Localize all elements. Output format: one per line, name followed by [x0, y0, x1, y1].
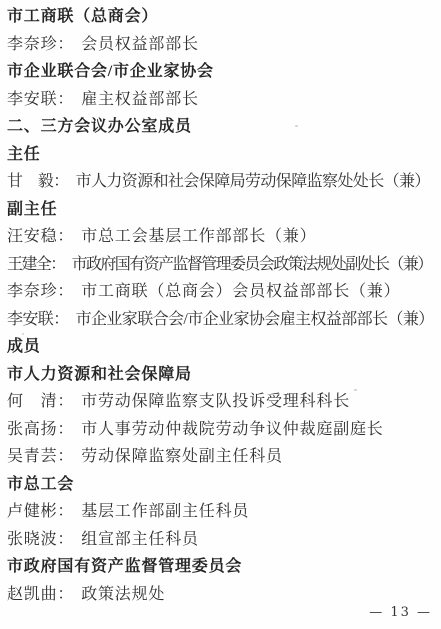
org-header-line: 市政府国有资产监督管理委员会 — [7, 553, 441, 581]
person-title: 市人力资源和社会保障局劳动保障监察处处长（兼） — [76, 173, 430, 190]
person-title: 市人事劳动仲裁院劳动争议仲裁庭副庭长 — [81, 421, 383, 438]
person-title: 会员权益部部长 — [81, 36, 199, 53]
person-name: 汪安稳： — [7, 228, 74, 245]
section-heading-line: 二、三方会议办公室成员 — [7, 113, 441, 141]
role-heading-line: 成员 — [7, 333, 441, 361]
person-title: 市企业家联合会/市企业家协会雇主权益部部长（兼） — [76, 311, 434, 328]
person-entry-line: 赵凯曲：政策法规处 — [7, 581, 441, 609]
person-name: 吴青芸： — [7, 448, 74, 465]
person-title: 市政府国有资产监督管理委员会政策法规处副处长（兼） — [72, 256, 432, 273]
org-header-text: 市总工会 — [7, 476, 74, 493]
person-name: 张晓波： — [7, 531, 74, 548]
page-number: — 13 — — [369, 605, 432, 620]
org-header-text: 市人力资源和社会保障局 — [7, 366, 192, 383]
org-header-line: 市人力资源和社会保障局 — [7, 361, 441, 389]
person-entry-line: 李安联：雇主权益部部长 — [7, 86, 441, 114]
org-header-line: 市总工会 — [7, 471, 441, 499]
role-header-text: 主任 — [7, 146, 41, 163]
person-name: 李安联： — [7, 91, 74, 108]
scanned-document-page: 市工商联（总商会）李奈珍：会员权益部部长市企业联合会/市企业家协会李安联：雇主权… — [0, 0, 441, 629]
person-title: 政策法规处 — [81, 586, 165, 603]
person-title: 劳动保障监察处副主任科员 — [81, 448, 283, 465]
person-title: 市工商联（总商会）会员权益部部长（兼） — [81, 283, 400, 300]
person-entry-line: 卢健彬：基层工作部副主任科员 — [7, 498, 441, 526]
person-name: 卢健彬： — [7, 503, 74, 520]
role-header-text: 成员 — [7, 338, 41, 355]
section-header-text: 二、三方会议办公室成员 — [7, 118, 192, 135]
person-entry-line: 王建全：市政府国有资产监督管理委员会政策法规处副处长（兼） — [7, 251, 441, 279]
person-name: 李奈珍： — [7, 283, 74, 300]
role-heading-line: 副主任 — [7, 196, 441, 224]
scan-speck — [22, 333, 24, 335]
person-title: 市劳动保障监察支队投诉受理科科长 — [81, 393, 350, 410]
person-title: 市总工会基层工作部部长（兼） — [81, 228, 316, 245]
org-header-line: 市工商联（总商会） — [7, 3, 441, 31]
person-name: 王建全： — [7, 256, 65, 273]
org-header-text: 市企业联合会/市企业家协会 — [7, 63, 214, 80]
person-name: 李安联： — [7, 311, 69, 328]
person-entry-line: 何 清：市劳动保障监察支队投诉受理科科长 — [7, 388, 441, 416]
person-entry-line: 吴青芸：劳动保障监察处副主任科员 — [7, 443, 441, 471]
role-header-text: 副主任 — [7, 201, 57, 218]
person-entry-line: 张晓波：组宣部主任科员 — [7, 526, 441, 554]
role-heading-line: 主任 — [7, 141, 441, 169]
person-name: 张高扬： — [7, 421, 74, 438]
org-header-text: 市政府国有资产监督管理委员会 — [7, 558, 242, 575]
org-header-line: 市企业联合会/市企业家协会 — [7, 58, 441, 86]
person-name: 甘 毅： — [7, 173, 69, 190]
person-entry-line: 张高扬：市人事劳动仲裁院劳动争议仲裁庭副庭长 — [7, 416, 441, 444]
person-title: 组宣部主任科员 — [81, 531, 199, 548]
scan-speck — [354, 389, 357, 391]
person-name: 赵凯曲： — [7, 586, 74, 603]
person-entry-line: 李奈珍：市工商联（总商会）会员权益部部长（兼） — [7, 278, 441, 306]
document-lines: 市工商联（总商会）李奈珍：会员权益部部长市企业联合会/市企业家协会李安联：雇主权… — [7, 3, 441, 608]
person-title: 基层工作部副主任科员 — [81, 503, 249, 520]
person-title: 雇主权益部部长 — [81, 91, 199, 108]
person-entry-line: 汪安稳：市总工会基层工作部部长（兼） — [7, 223, 441, 251]
person-entry-line: 李奈珍：会员权益部部长 — [7, 31, 441, 59]
scan-speck — [295, 125, 298, 127]
person-name: 何 清： — [7, 393, 74, 410]
org-header-text: 市工商联（总商会） — [7, 8, 158, 25]
person-entry-line: 李安联：市企业家联合会/市企业家协会雇主权益部部长（兼） — [7, 306, 441, 334]
person-name: 李奈珍： — [7, 36, 74, 53]
person-entry-line: 甘 毅：市人力资源和社会保障局劳动保障监察处处长（兼） — [7, 168, 441, 196]
